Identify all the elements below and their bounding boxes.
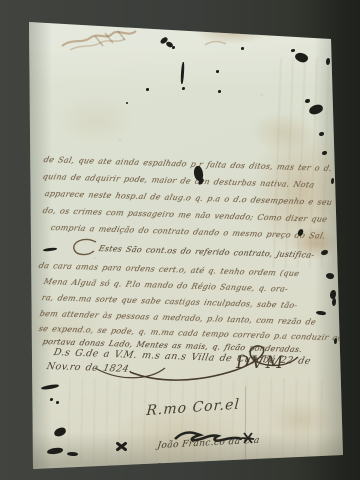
ink-speck [56, 401, 59, 404]
photo-of-manuscript: { "photo": { "background_color": "#3a3d3… [0, 0, 360, 480]
ink-speck [218, 90, 221, 93]
closing-title: R.mo Cor.el [146, 396, 241, 419]
edge-tick [185, 465, 191, 469]
ink-speck [126, 102, 128, 104]
manuscript-line: ra, dem.ma sorte que sabe castigas incul… [41, 293, 299, 310]
edge-tick [277, 459, 281, 462]
manuscript-line: bem attender às pessoas a medrado, p.lo … [39, 309, 317, 327]
ink-speck [216, 70, 219, 73]
manuscript-line: do, os crimes com passageiro me não vend… [42, 206, 329, 224]
monogram-letters: DVM [235, 353, 285, 373]
manuscript-line: apparece neste hosp.al de alug.o q. p.a … [44, 189, 360, 208]
manuscript-line: quina de adquirir pode, maior de cen des… [42, 172, 316, 189]
manuscript-line: Estes São cont.os do referido contrato, … [98, 244, 316, 260]
manuscript-line: de Sal, que ate ainda espalhado p.r falt… [43, 155, 333, 173]
edge-tick [224, 464, 231, 468]
edge-tick [157, 463, 162, 467]
paragraph-initial-flourish [66, 238, 100, 258]
monogram-flourish: DVM [40, 330, 320, 395]
manuscript-paper: de Sal, que ate ainda espalhado p.r falt… [0, 0, 360, 480]
manuscript-line: da cara amas para ordens cert.o, até q. … [38, 261, 301, 278]
ink-speck [146, 88, 149, 91]
ink-speck [241, 47, 244, 50]
manuscript-line: Mena Alguã só q. P.lo mando do Régio San… [43, 277, 289, 294]
